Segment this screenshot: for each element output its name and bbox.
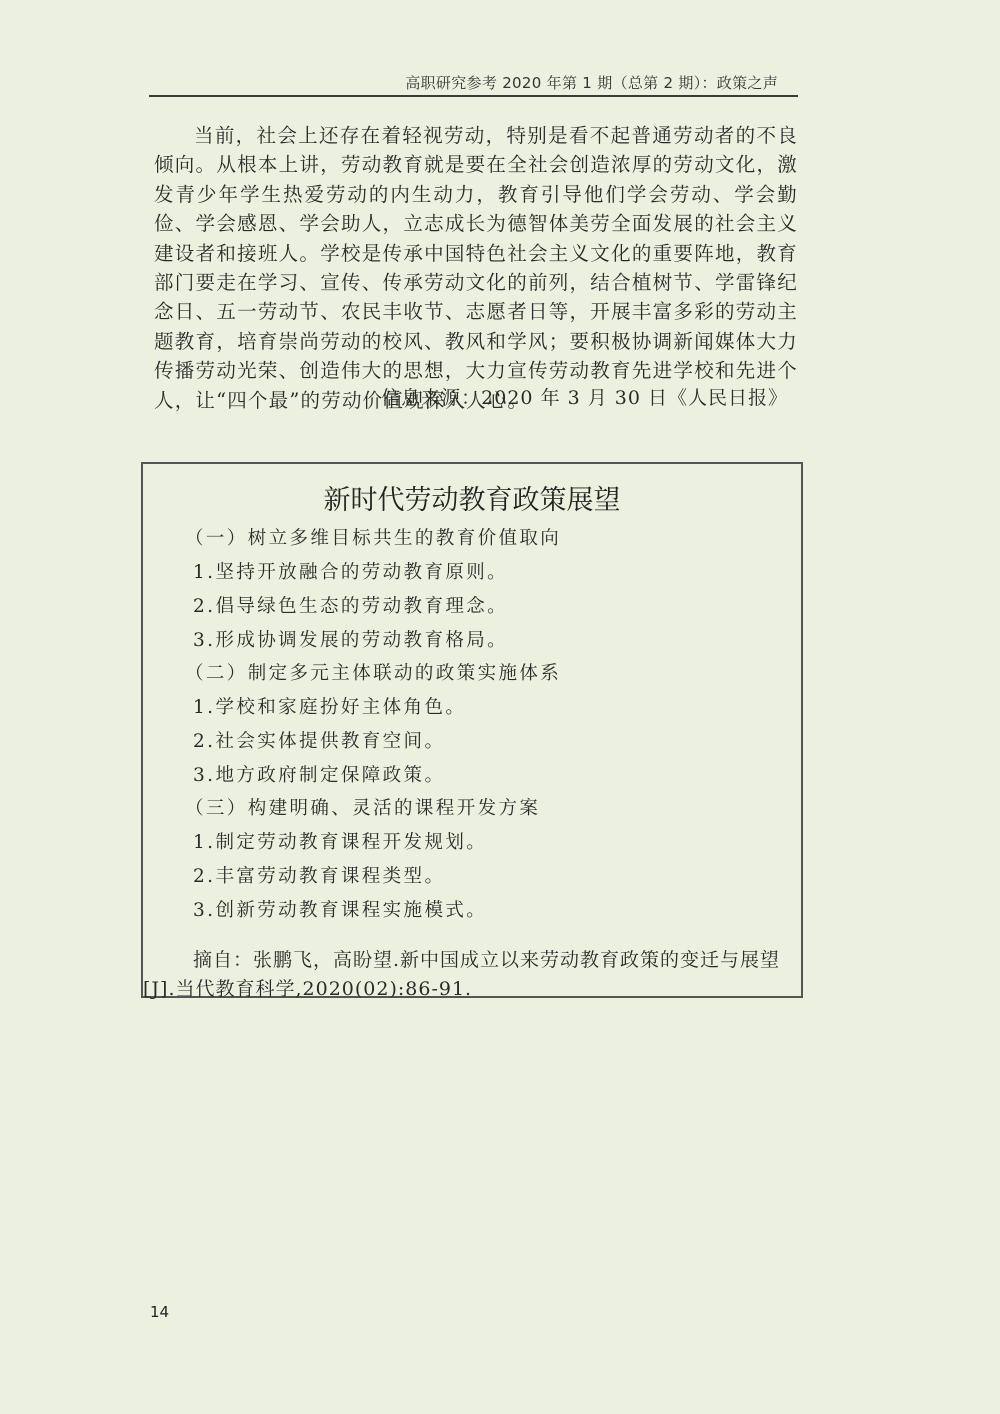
section-item: 3.形成协调发展的劳动教育格局。	[193, 626, 508, 652]
section-heading: （二）制定多元主体联动的政策实施体系	[185, 659, 561, 685]
running-title: 高职研究参考 2020 年第 1 期（总第 2 期）：政策之声	[405, 72, 778, 93]
box-title: 新时代劳动教育政策展望	[143, 478, 801, 517]
section-heading: （三）构建明确、灵活的课程开发方案	[185, 794, 540, 820]
section-item: 2.倡导绿色生态的劳动教育理念。	[193, 592, 508, 618]
section-item: 3.地方政府制定保障政策。	[193, 761, 445, 787]
section-item: 1.坚持开放融合的劳动教育原则。	[193, 558, 508, 584]
section-item: 3.创新劳动教育课程实施模式。	[193, 896, 487, 922]
section-item: 1.学校和家庭扮好主体角色。	[193, 693, 466, 719]
article-paragraph: 当前，社会上还存在着轻视劳动，特别是看不起普通劳动者的不良倾向。从根本上讲，劳动…	[154, 121, 798, 415]
section-heading: （一）树立多维目标共生的教育价值取向	[185, 524, 561, 550]
policy-outlook-box: 新时代劳动教育政策展望 （一）树立多维目标共生的教育价值取向 1.坚持开放融合的…	[141, 462, 803, 998]
citation: 摘自：张鹏飞，高盼望.新中国成立以来劳动教育政策的变迁与展望[J].当代教育科学…	[143, 946, 797, 1004]
section-item: 2.社会实体提供教育空间。	[193, 727, 445, 753]
running-header: 高职研究参考 2020 年第 1 期（总第 2 期）：政策之声	[149, 70, 798, 97]
section-item: 1.制定劳动教育课程开发规划。	[193, 828, 487, 854]
page-number: 14	[150, 1303, 169, 1321]
article-source: 信息来源：2020 年 3 月 30 日《人民日报》	[381, 383, 788, 410]
section-item: 2.丰富劳动教育课程类型。	[193, 862, 445, 888]
